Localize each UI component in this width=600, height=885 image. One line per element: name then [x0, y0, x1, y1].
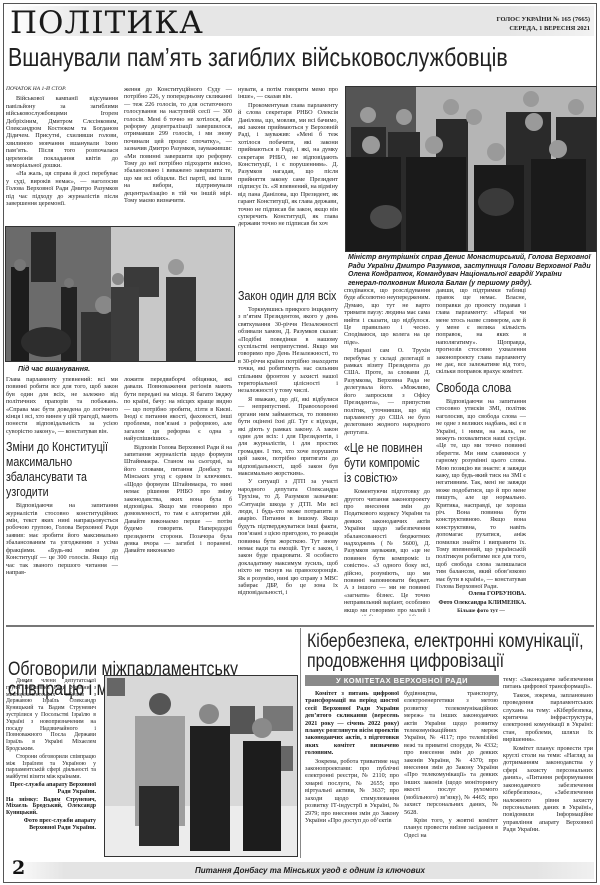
photo-meeting: [104, 675, 298, 857]
section-divider: [6, 625, 594, 627]
column-divider: [300, 628, 301, 858]
author-byline: Олена ГОРБУНОВА.: [436, 591, 526, 598]
paragraph: ження до Конституційного Суду — потрібно…: [124, 86, 232, 205]
photo-image-officials: [346, 87, 596, 251]
rubric-committees: У КОМІТЕТАХ ВЕРХОВНОЇ РАДИ: [305, 675, 499, 686]
paragraph: «На жаль, ця справа й досі перебуває у с…: [6, 170, 118, 207]
paragraph: Прокоментував глава парламенту й слова с…: [238, 102, 338, 228]
article1-column-1: ПОЧАТОК НА 1-Й СТОР. Військової кампанії…: [6, 86, 118, 216]
paragraph: Наразі сам О. Трухін перебуває у складі …: [344, 347, 430, 436]
article3-column-1: Комітет з питань цифрової трансформації …: [305, 690, 399, 856]
subheading-law: Закон один для всіх: [238, 288, 336, 303]
paragraph: Днями члени депутатської групи Верховної…: [6, 678, 96, 753]
paragraph: Відповів Голова Верховної Ради й на запи…: [124, 444, 232, 555]
photo-image-meeting: [105, 676, 297, 856]
issue-info: ГОЛОС УКРАЇНИ № 165 (7665) СЕРЕДА, 1 ВЕР…: [497, 15, 590, 33]
section-title: ПОЛІТИКА: [10, 6, 204, 40]
page-number: 2: [12, 857, 25, 879]
issue-date: СЕРЕДА, 1 ВЕРЕСНЯ 2021: [497, 24, 590, 33]
paragraph: нувати, а потім говорити мемо про інше»,…: [238, 86, 338, 101]
paragraph: давши, що підтримки таблиці правок ще не…: [436, 287, 526, 376]
paragraph: Комітет планує провести три круглі столи…: [503, 745, 593, 834]
photo-credit-press: Фото прес-служби апарату Верховної Ради …: [6, 818, 96, 832]
source-credit: Прес-служба апарату Верховної Ради Украї…: [6, 782, 96, 796]
paragraph: Я вважаю, що дії, які відбулися — неприп…: [238, 396, 338, 477]
photo-caption-ceremony: Під час вшанування.: [18, 366, 90, 375]
photo-memorial-ceremony: [5, 226, 235, 362]
photo-caption-officials: Міністр внутрішніх справ Денис Монастирс…: [348, 254, 594, 288]
subheading-compromise: «Це не повинен бути компроміс із совістю…: [344, 440, 429, 485]
paragraph: Крім того, у жовтні комітет планує прове…: [404, 817, 498, 839]
photo-credit: Фото Олександра КЛИМЕНКА.: [436, 600, 526, 607]
article1-column-3: нувати, а потім говорити мемо про інше»,…: [238, 86, 338, 286]
paragraph: У ситуації з ДТП за участі народного деп…: [238, 478, 338, 597]
article1-column-3b: Закон один для всіх Торкнувшись прикрого…: [238, 284, 338, 616]
paragraph: Коментуючи підготовку до другого читання…: [344, 488, 430, 616]
running-title: Питання Донбасу та Мінських угод є одним…: [195, 866, 425, 875]
paragraph: ложити передвиборчі обіцянки, які давали…: [124, 376, 232, 443]
paragraph: Також, зокрема, заплановано проведення п…: [503, 692, 593, 744]
paragraph: Комітет з питань цифрової трансформації …: [305, 690, 399, 757]
article3-column-2: будівництва, транспорту, електроенергети…: [404, 690, 498, 856]
article1-column-5: давши, що підтримки таблиці правок ще не…: [436, 287, 526, 616]
issue-number: ГОЛОС УКРАЇНИ № 165 (7665): [497, 15, 590, 24]
more-photos-link[interactable]: Більше фото тут — www.golos.com.ua: [436, 608, 526, 616]
article1-column-4: сподіваюся, що розслідування буде абсолю…: [344, 287, 430, 616]
article1-column-2: ження до Конституційного Суду — потрібно…: [124, 86, 232, 222]
paragraph: Сторони обговорили співпрацю між Ізраїле…: [6, 754, 96, 781]
photo-image-ceremony: [6, 227, 234, 361]
article3-column-3: тему: «Законодавче забезпечення питань ц…: [503, 676, 593, 856]
photo-officials: [345, 86, 597, 252]
continuation-kicker: ПОЧАТОК НА 1-Й СТОР.: [6, 86, 118, 93]
subheading-free-speech: Свобода слова: [436, 380, 525, 395]
paragraph: Військової кампанії відсування павільйон…: [6, 95, 118, 169]
article-headline-cybersecurity: Кібербезпека, електронні комунікації, пр…: [307, 632, 593, 672]
paragraph: сподіваюся, що розслідування буде абсолю…: [344, 287, 430, 346]
article1-column-1b: Глава парламенту упевнений: всі ми повин…: [6, 376, 118, 616]
article-headline-main: Вшанували пам’ять загиблих військовослуж…: [8, 44, 508, 71]
paragraph: тему: «Законодавче забезпечення питань ц…: [503, 676, 593, 691]
paragraph: Відповідаючи на запитання стосовно утиск…: [436, 398, 526, 591]
paragraph: Зокрема, робота триватиме над законопрое…: [305, 758, 399, 825]
article1-column-2b: ложити передвиборчі обіцянки, які давали…: [124, 376, 232, 616]
paragraph: будівництва, транспорту, електроенергети…: [404, 690, 498, 816]
article2-column: Днями члени депутатської групи Верховної…: [6, 678, 96, 856]
paragraph: Торкнувшись прикрого інциденту з п’ятим …: [238, 306, 338, 395]
paragraph: Відповідаючи на запитання журналістів ст…: [6, 502, 118, 576]
paragraph: Глава парламенту упевнений: всі ми повин…: [6, 376, 118, 435]
photo-note: На знімку: Вадим Струневич, Міхаель Брод…: [6, 797, 96, 817]
subheading-constitution: Зміни до Конституції максимально збаланс…: [6, 439, 116, 499]
